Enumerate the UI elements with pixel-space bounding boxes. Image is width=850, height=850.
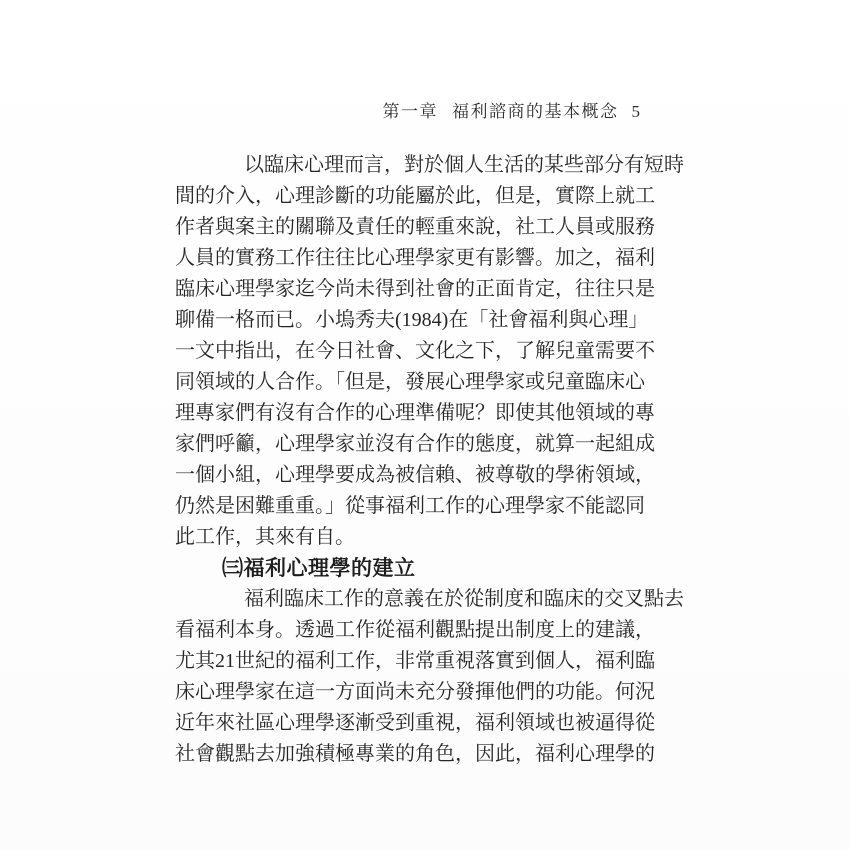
text-line: 家們呼籲，心理學家並沒有合作的態度，就算一起組成 (175, 429, 667, 460)
text-line: 一文中指出，在今日社會、文化之下，了解兒童需要不 (175, 336, 667, 367)
section-heading: ㈢福利心理學的建立 (175, 553, 667, 584)
text-line: 臨床心理學家迄今尚未得到社會的正面肯定，往往只是 (175, 274, 667, 305)
paragraph-1: 以臨床心理而言，對於個人生活的某些部分有短時 間的介入，心理診斷的功能屬於此，但… (175, 150, 667, 553)
text-line: 間的介入，心理診斷的功能屬於此，但是，實際上就工 (175, 181, 667, 212)
text-line: 床心理學家在這一方面尚未充分發揮他們的功能。何況 (175, 677, 667, 708)
text-line: 社會觀點去加強積極專業的角色，因此，福利心理學的 (175, 739, 667, 770)
text-line: 同領域的人合作。「但是，發展心理學家或兒童臨床心 (175, 367, 667, 398)
running-header: 第一章 福利諮商的基本概念 5 (0, 97, 640, 122)
text-line: 尤其21世紀的福利工作，非常重視落實到個人，福利臨 (175, 646, 667, 677)
text-line: 福利臨床工作的意義在於從制度和臨床的交叉點去 (175, 584, 667, 615)
text-line: 以臨床心理而言，對於個人生活的某些部分有短時 (175, 150, 667, 181)
text-line: 看福利本身。透過工作從福利觀點提出制度上的建議， (175, 615, 667, 646)
page-number: 5 (632, 102, 641, 122)
book-page: 第一章 福利諮商的基本概念 5 以臨床心理而言，對於個人生活的某些部分有短時 間… (0, 0, 850, 850)
text-line: 仍然是困難重重。」從事福利工作的心理學家不能認同 (175, 491, 667, 522)
text-line: 理專家們有沒有合作的心理準備呢？即使其他領域的專 (175, 398, 667, 429)
text-line: 作者與案主的關聯及責任的輕重來說，社工人員或服務 (175, 212, 667, 243)
text-line: 近年來社區心理學逐漸受到重視，福利領域也被逼得從 (175, 708, 667, 739)
chapter-label: 第一章 (383, 97, 439, 122)
text-line: 一個小組，心理學要成為被信賴、被尊敬的學術領域， (175, 460, 667, 491)
chapter-title: 福利諮商的基本概念 (452, 97, 619, 122)
body-text: 以臨床心理而言，對於個人生活的某些部分有短時 間的介入，心理診斷的功能屬於此，但… (175, 150, 667, 770)
paragraph-2: 福利臨床工作的意義在於從制度和臨床的交叉點去 看福利本身。透過工作從福利觀點提出… (175, 584, 667, 770)
text-line: 聊備一格而已。小塢秀夫(1984)在「社會福利與心理」 (175, 305, 667, 336)
text-line: 人員的實務工作往往比心理學家更有影響。加之，福利 (175, 243, 667, 274)
text-line: 此工作，其來有自。 (175, 522, 667, 553)
